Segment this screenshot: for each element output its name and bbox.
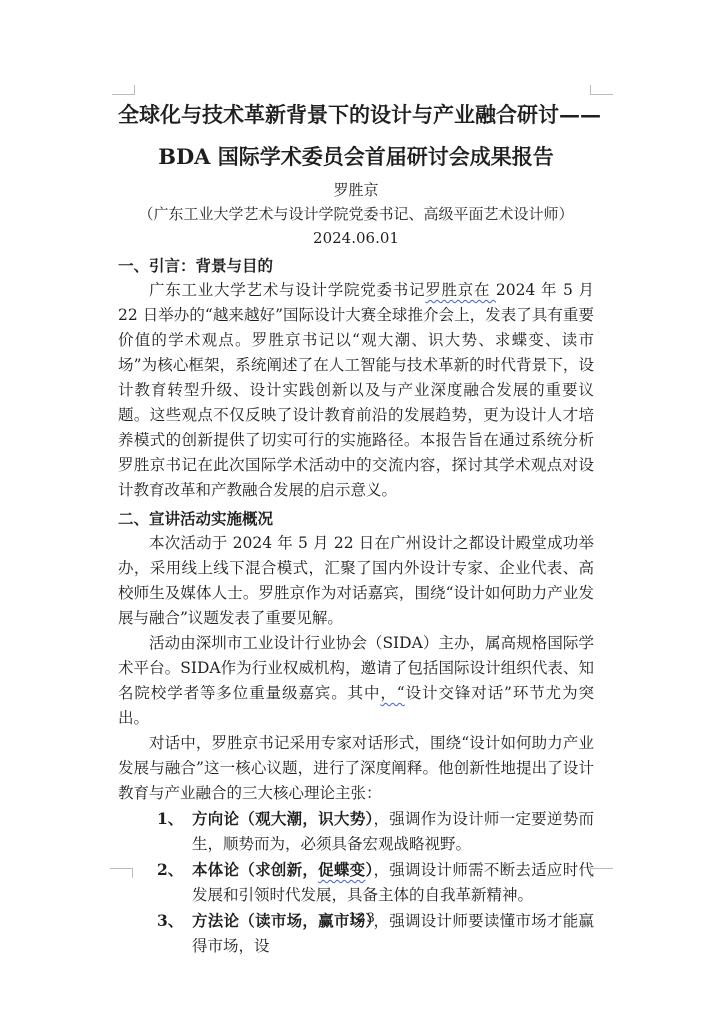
list-item: 2、本体论（求创新，促蝶变），强调设计师需不断去适应时代发展和引领时代发展，具备… bbox=[118, 857, 594, 908]
text-segment: 本次活动于 2024 年 5 月 22 日在广州设计之都设计殿堂成功举办，采用线… bbox=[118, 534, 594, 627]
text-segment: 对话中，罗胜京书记采用专家对话形式，围绕“设计如何助力产业发展与融合”这一核心议… bbox=[118, 734, 594, 802]
body-paragraph: 本次活动于 2024 年 5 月 22 日在广州设计之都设计殿堂成功举办，采用线… bbox=[118, 531, 594, 631]
section-heading: 二、宣讲活动实施概况 bbox=[118, 506, 594, 531]
doc-title-line-2: BDA 国际学术委员会首届研讨会成果报告 bbox=[118, 136, 594, 178]
document-body: 一、引言：背景与目的广东工业大学艺术与设计学院党委书记罗胜京在 2024 年 5… bbox=[118, 253, 594, 959]
doc-title-line-1: 全球化与技术革新背景下的设计与产业融合研讨—— bbox=[118, 94, 594, 136]
text-segment: 广东工业大学艺术与设计学院党委书记 bbox=[149, 281, 425, 299]
text-segment: 本体论（求创新， bbox=[192, 860, 318, 879]
text-segment: 2024 年 5 月 22 日举办的“越来越好”国际设计大赛全球推介会上，发表了… bbox=[118, 281, 594, 499]
doc-title: 全球化与技术革新背景下的设计与产业融合研讨—— BDA 国际学术委员会首届研讨会… bbox=[118, 94, 594, 178]
spellcheck-flagged-text: 罗胜京在 bbox=[425, 281, 496, 299]
list-item-number: 1、 bbox=[157, 806, 183, 831]
list-item-number: 2、 bbox=[157, 857, 183, 882]
body-paragraph: 活动由深圳市工业设计行业协会（SIDA）主办，属高规格国际学术平台。SIDA作为… bbox=[118, 631, 594, 731]
text-segment: 方向论（观大潮，识大势） bbox=[192, 809, 373, 828]
page-number: 123 bbox=[0, 911, 724, 926]
doc-date: 2024.06.01 bbox=[118, 226, 594, 250]
list-item: 1、方向论（观大潮，识大势），强调作为设计师一定要逆势而生，顺势而为，必须具备宏… bbox=[118, 806, 594, 857]
spellcheck-flagged-text: 促蝶变 bbox=[318, 860, 365, 879]
document-content: 全球化与技术革新背景下的设计与产业融合研讨—— BDA 国际学术委员会首届研讨会… bbox=[118, 94, 594, 959]
doc-author: 罗胜京 bbox=[118, 178, 594, 202]
spellcheck-flagged-text: ，“ bbox=[380, 684, 404, 702]
document-page: 全球化与技术革新背景下的设计与产业融合研讨—— BDA 国际学术委员会首届研讨会… bbox=[0, 0, 724, 1024]
doc-affiliation: （广东工业大学艺术与设计学院党委书记、高级平面艺术设计师） bbox=[118, 202, 594, 226]
section-heading: 一、引言：背景与目的 bbox=[118, 253, 594, 278]
body-paragraph: 对话中，罗胜京书记采用专家对话形式，围绕“设计如何助力产业发展与融合”这一核心议… bbox=[118, 731, 594, 806]
body-paragraph: 广东工业大学艺术与设计学院党委书记罗胜京在 2024 年 5 月 22 日举办的… bbox=[118, 278, 594, 503]
